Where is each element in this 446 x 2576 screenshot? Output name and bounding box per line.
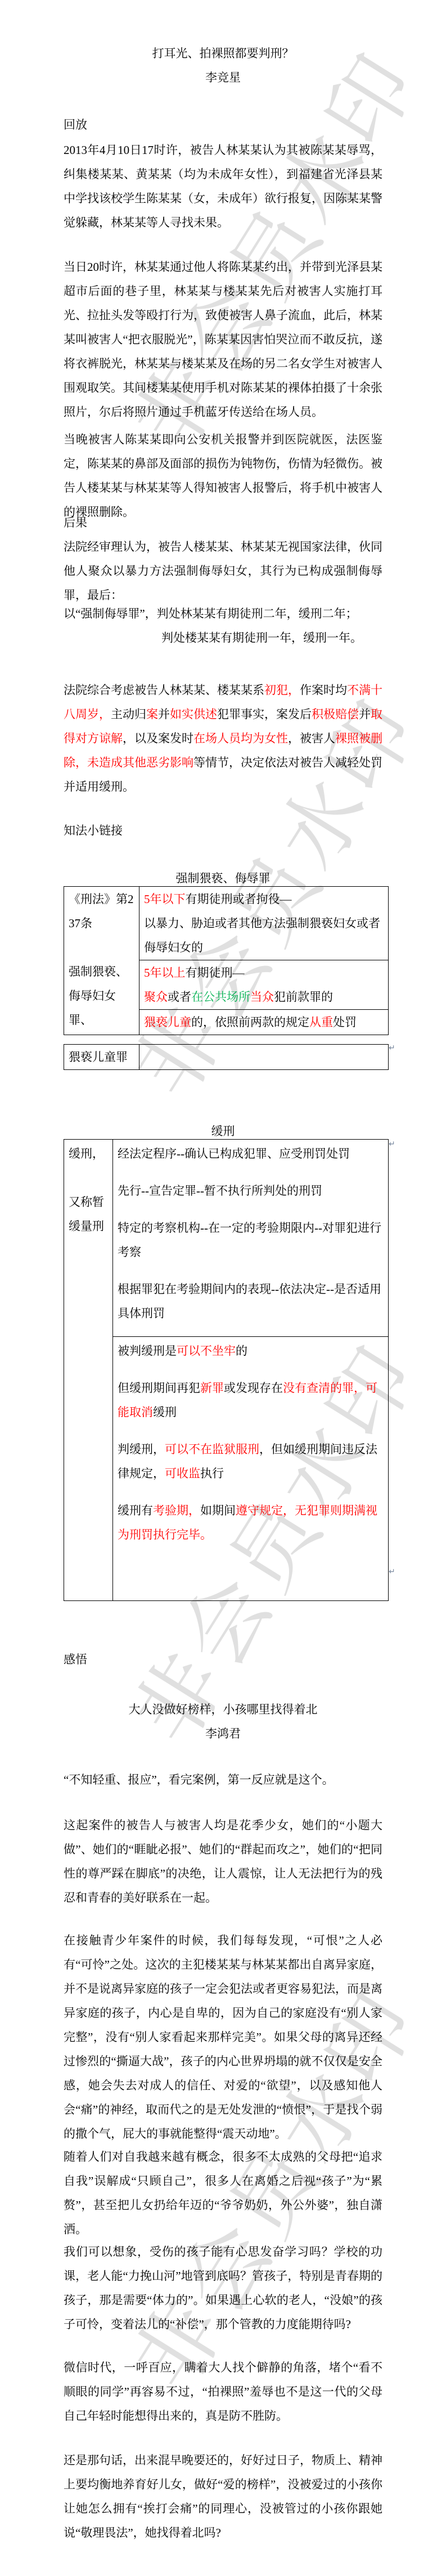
cell-child-crime-empty: [139, 1045, 389, 1070]
para-court-opinion: 法院经审理认为，被告人楼某某、林某某无视国家法律，伙同他人聚众以暴力方法强制侮辱…: [64, 535, 382, 607]
doc-title: 打耳光、拍裸照都要判刑？: [64, 42, 382, 66]
para-reflection-4: 随着人们对自我越来越有概念，很多不太成熟的父母把“追求自我”误解成“只顾自己”，…: [64, 2145, 382, 2242]
table-paragraph: 以暴力、胁迫或者其他方法强制猥亵妇女或者侮辱妇女的: [144, 911, 384, 960]
law-article-label: 《刑法》第237条: [69, 887, 134, 936]
probation-term-label: 缓刑，: [69, 1142, 108, 1166]
sentence-line-lin: 以“强制侮辱罪”，判处林某某有期徒刑二年，缓刑二年；: [64, 602, 382, 626]
table-child-crime: 猥亵儿童罪: [64, 1044, 389, 1070]
table-paragraph: 5年以上有期徒刑—: [144, 961, 384, 985]
table-paragraph: 猥亵儿童的，依照前两款的规定从重处罚: [144, 1010, 384, 1035]
table-paragraph: 经法定程序--确认已构成犯罪、应受刑罚处罚: [118, 1142, 384, 1166]
cell-probation-procedure: 经法定程序--确认已构成犯罪、应受刑罚处罚先行--宣告定罪--暂不执行所判处的刑…: [113, 1140, 389, 1337]
table-paragraph: 被判缓刑是可以不坐牢的: [118, 1339, 384, 1363]
highlight-red: 案: [146, 708, 158, 721]
heading-replay: 回放: [64, 113, 382, 137]
table-row: 被判缓刑是可以不坐牢的但缓刑期间再犯新罪或发现存在没有查清的罪，可能取消缓刑判缓…: [64, 1337, 389, 1601]
table-paragraph: 缓刑有考验期，如期间遵守规定，无犯罪则期满视为刑罚执行完毕。: [118, 1499, 384, 1547]
highlight-red: 初犯，: [264, 683, 300, 697]
table-paragraph: 先行--宣告定罪--暂不执行所判处的刑罚: [118, 1179, 384, 1203]
highlight-red: 没有查清的罪，可能取消: [118, 1381, 377, 1419]
highlight-red: 当众: [250, 990, 274, 1004]
highlight-red: 可以不坐牢: [177, 1344, 236, 1358]
table-paragraph: 根据罪犯在考验期间内的表现--依法决定--是否适用具体刑罚: [118, 1277, 384, 1326]
cell-penalty-over5: 5年以上有期徒刑—聚众或者在公共场所当众犯前款罪的: [139, 960, 389, 1010]
paragraph-mark: ↵: [389, 1140, 395, 1148]
highlight-red: 可以不在监狱服刑: [165, 1443, 259, 1456]
reflection-title: 大人没做好榜样，小孩哪里找得着北: [64, 1698, 382, 1722]
highlight-red: 从重: [309, 1015, 333, 1029]
para-reflection-2: 这起案件的被告人与被害人均是花季少女，她们的“小题大做”、她们的“睚眦必报”、她…: [64, 1813, 382, 1910]
cell-child-crime-label: 猥亵儿童罪: [64, 1045, 139, 1070]
highlight-red: 猥亵儿童: [144, 1015, 191, 1029]
paragraph-mark: ↵: [389, 1568, 395, 1576]
crime-name-label: 强制猥亵、侮辱妇女罪、: [69, 960, 134, 1032]
para-reflection-7: 还是那句话，出来混早晚要还的，好好过日子，物质上、精神上要均衡地养育好儿女，做好…: [64, 2448, 382, 2545]
highlight-red: 新罪: [200, 1381, 224, 1395]
highlight-red: 聚众: [144, 990, 168, 1004]
reflection-author: 李鸿君: [64, 1722, 382, 1746]
heading-result: 后果: [64, 511, 382, 535]
highlight-red: 遵守规定，: [236, 1504, 295, 1517]
cell-penalty-under5: 5年以下有期徒刑或者拘役—以暴力、胁迫或者其他方法强制猥亵妇女或者侮辱妇女的: [139, 887, 389, 960]
cell-law-article: 《刑法》第237条 强制猥亵、侮辱妇女罪、: [64, 887, 139, 1035]
highlight-red: 可收监: [165, 1467, 200, 1480]
para-incident-night: 当日20时许，林某某通过他人将陈某某约出，并带到光泽县某超市后面的巷子里，林某某…: [64, 255, 382, 424]
table-row: 缓刑， 又称暂缓量刑 经法定程序--确认已构成犯罪、应受刑罚处罚先行--宣告定罪…: [64, 1140, 389, 1337]
heading-law-link: 知法小链接: [64, 819, 382, 843]
table-paragraph: 5年以下有期徒刑或者拘役—: [144, 887, 384, 911]
para-reflection-5: 我们可以想象，受伤的孩子能有心思发奋学习吗？学校的功课，老人能“力挽山河”地管到…: [64, 2240, 382, 2337]
paragraph-mark: ↵: [389, 1044, 395, 1052]
table-row: 《刑法》第237条 强制猥亵、侮辱妇女罪、 5年以下有期徒刑或者拘役—以暴力、胁…: [64, 887, 389, 960]
doc-author: 李竞星: [64, 66, 382, 90]
para-reflection-3: 在接触青少年案件的时候，我们每每发现，“可恨”之人必有“可怜”之处。这次的主犯楼…: [64, 1929, 382, 2146]
table-paragraph: 判缓刑，可以不在监狱服刑，但如缓刑期间违反法律规定，可收监执行: [118, 1437, 384, 1486]
document-page: 非会员水印 非会员水印 非会员水印 非会员水印 打耳光、拍裸照都要判刑？ 李竞星…: [0, 0, 446, 2576]
sentence-line-lou: 判处楼某某有期徒刑一年，缓刑一年。: [64, 626, 382, 650]
table-crime: 《刑法》第237条 强制猥亵、侮辱妇女罪、 5年以下有期徒刑或者拘役—以暴力、胁…: [64, 886, 389, 1035]
para-incident-day: 2013年4月10日17时许，被告人林某某认为其被陈某某辱骂，纠集楼某某、黄某某…: [64, 138, 382, 235]
cell-penalty-child: 猥亵儿童的，依照前两款的规定从重处罚: [139, 1010, 389, 1035]
table-paragraph: 但缓刑期间再犯新罪或发现存在没有查清的罪，可能取消缓刑: [118, 1376, 384, 1425]
para-sentence: 以“强制侮辱罪”，判处林某某有期徒刑二年，缓刑二年； 判处楼某某有期徒刑一年，缓…: [64, 602, 382, 650]
highlight-red: 5年以下: [144, 892, 186, 906]
table-row: 猥亵儿童罪: [64, 1045, 389, 1070]
highlight-red: 如实供述: [170, 708, 217, 721]
table-probation: 缓刑， 又称暂缓量刑 经法定程序--确认已构成犯罪、应受刑罚处罚先行--宣告定罪…: [64, 1139, 389, 1601]
cell-probation-effect: 被判缓刑是可以不坐牢的但缓刑期间再犯新罪或发现存在没有查清的罪，可能取消缓刑判缓…: [113, 1337, 389, 1601]
probation-alias-label: 又称暂缓量刑: [69, 1190, 108, 1239]
table-paragraph: 特定的考察机构--在一定的考验期限内--对罪犯进行考察: [118, 1216, 384, 1264]
heading-reflection: 感悟: [64, 1648, 382, 1672]
highlight-red: 在场人员均为女性: [193, 732, 288, 745]
cell-probation-term: 缓刑， 又称暂缓量刑: [64, 1140, 113, 1601]
para-reflection-1: “不知轻重、报应”，看完案例，第一反应就是这个。: [64, 1768, 382, 1792]
highlight-green: 在公共场所: [191, 990, 250, 1004]
table-paragraph: 聚众或者在公共场所当众犯前款罪的: [144, 985, 384, 1009]
para-leniency: 法院综合考虑被告人林某某、楼某某系初犯，作案时均不满十八周岁，主动归案并如实供述…: [64, 678, 382, 799]
para-reflection-6: 微信时代，一呼百应，瞒着大人找个僻静的角落，堵个“看不顺眼的同学”再容易不过，“…: [64, 2356, 382, 2428]
highlight-red: 积极赔偿: [312, 708, 359, 721]
highlight-red: 5年以上: [144, 966, 186, 979]
para-victim-report: 当晚被害人陈某某即向公安机关报警并到医院就医，法医鉴定，陈某某的鼻部及面部的损伤…: [64, 428, 382, 524]
highlight-red: 考验期，: [153, 1504, 200, 1517]
